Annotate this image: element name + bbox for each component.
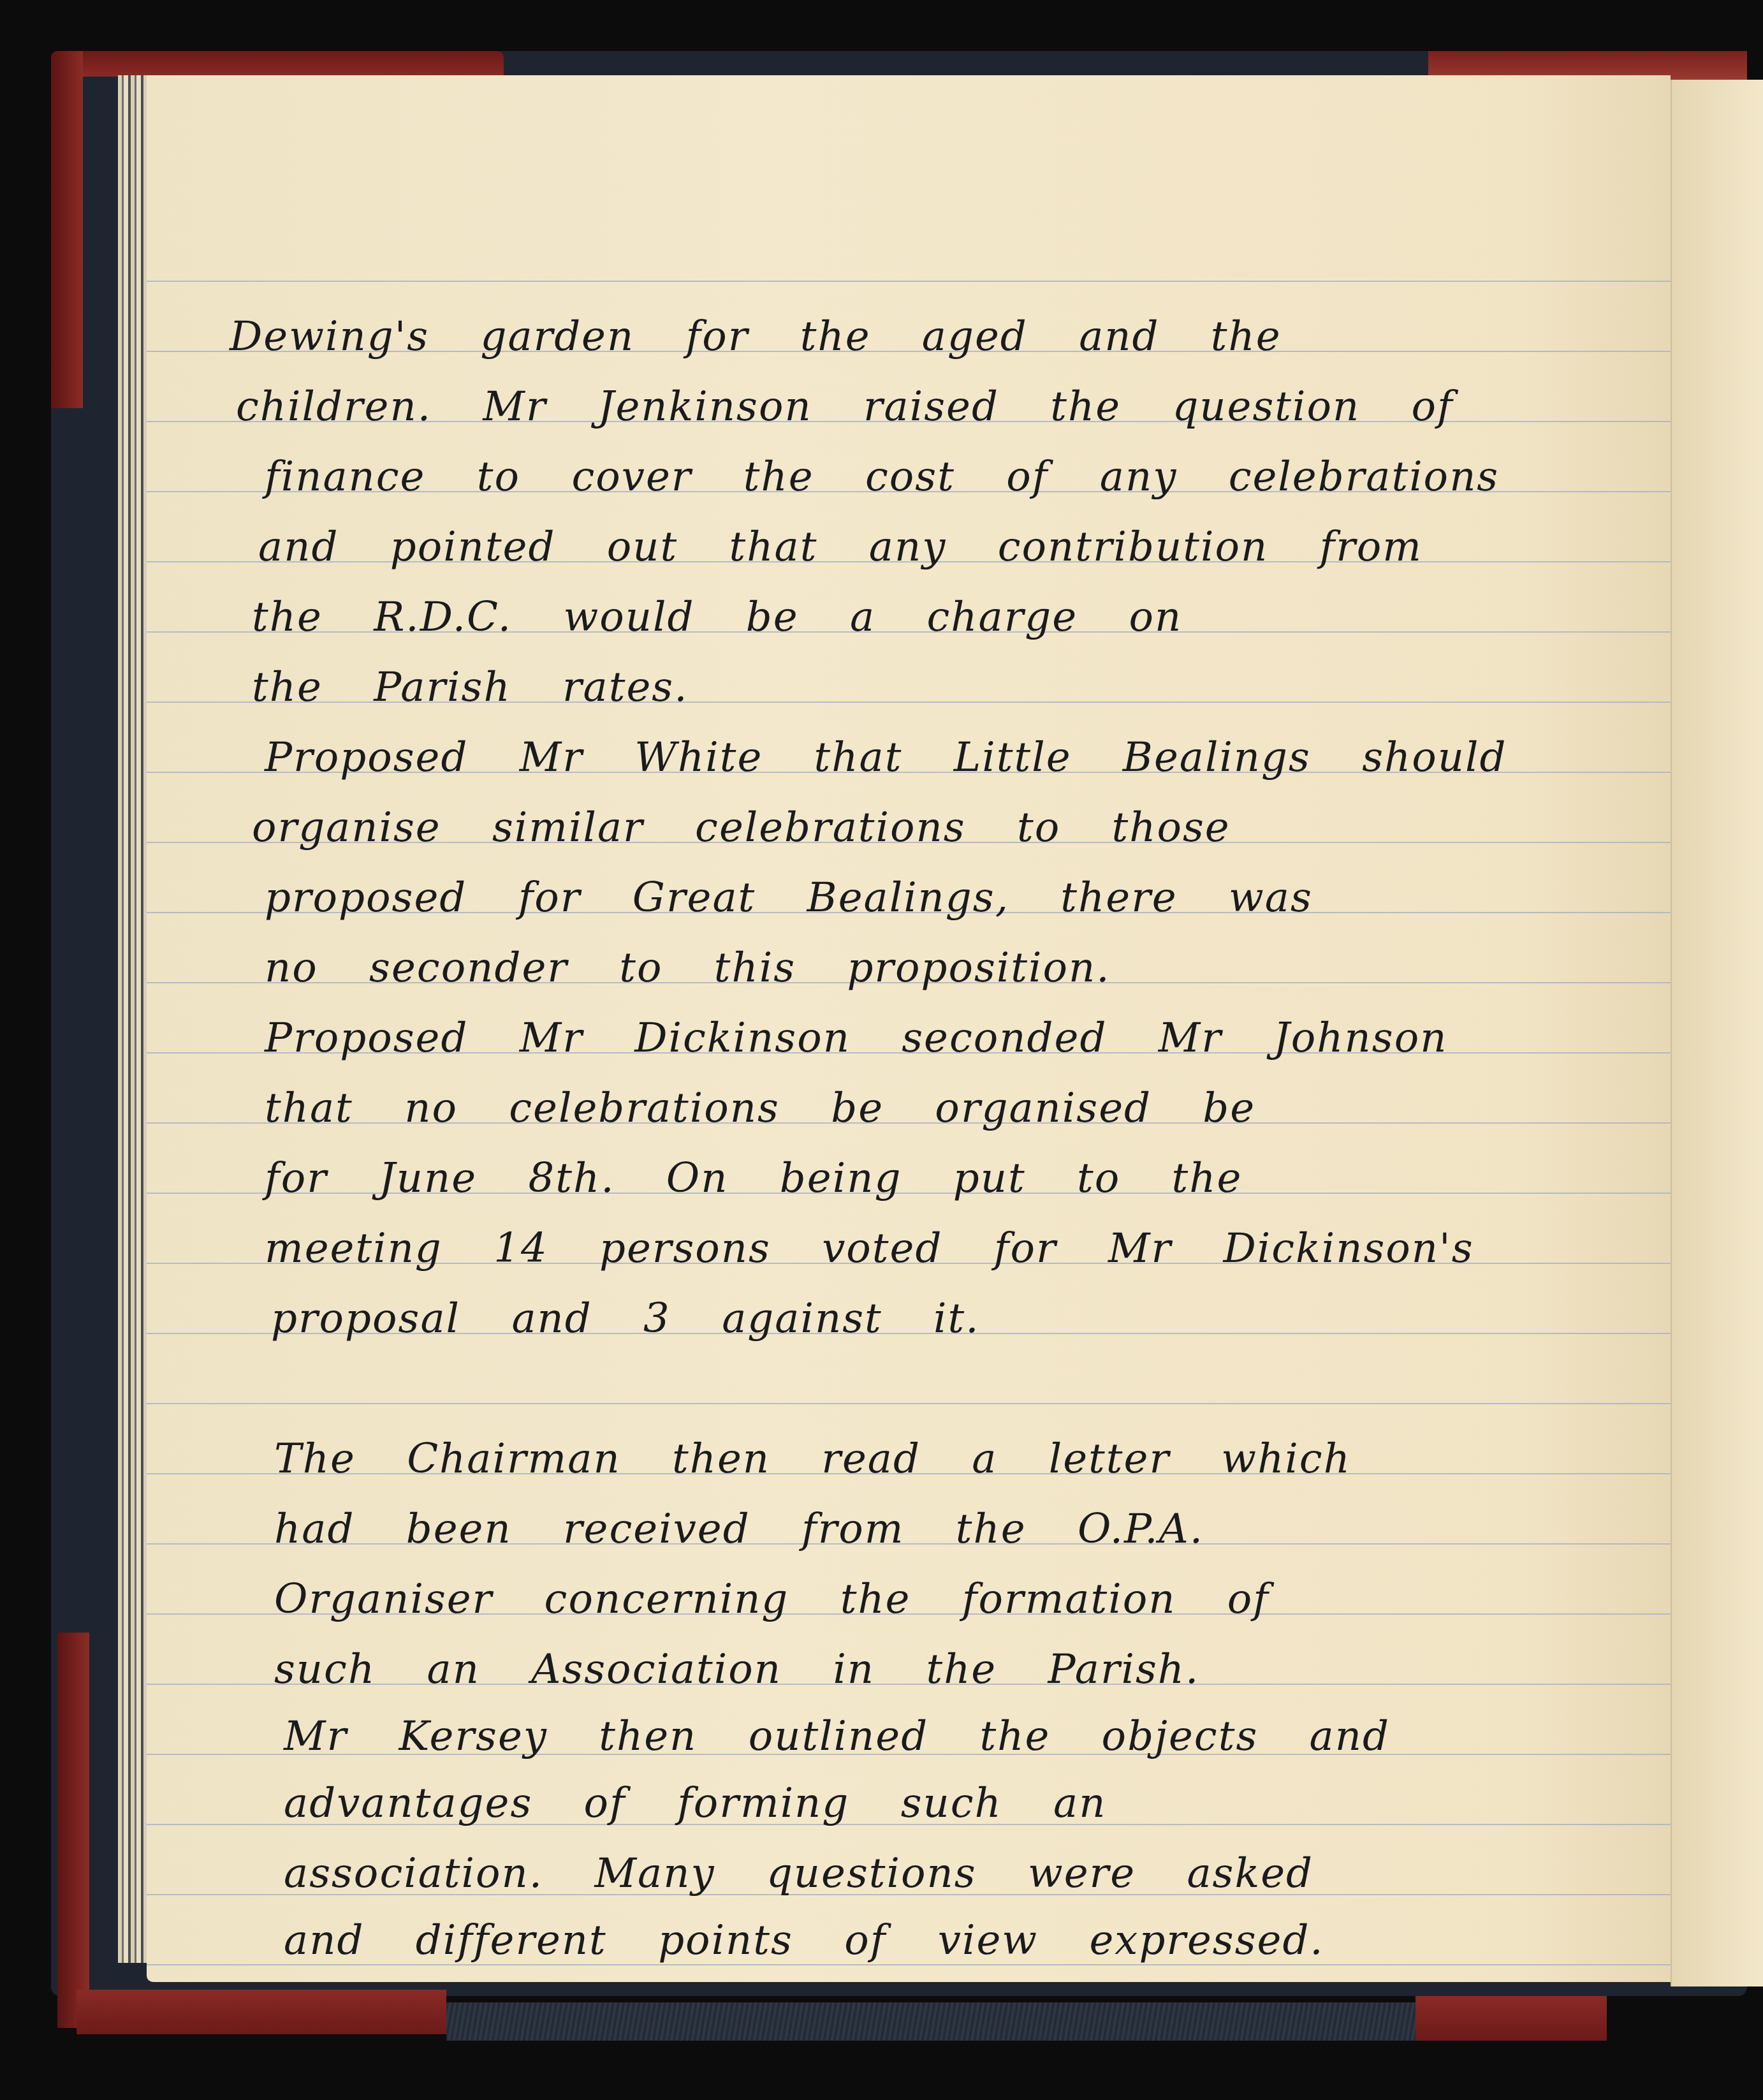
text-line: children. Mr Jenkinson raised the questi… [236,381,1671,432]
cloth-binding-bottom [446,2002,1416,2041]
leather-spine-top [51,51,83,408]
text-line: the Parish rates. [252,662,1686,713]
text-line: the R.D.C. would be a charge on [252,592,1686,643]
text-line: such an Association in the Parish. [274,1644,1709,1695]
text-line: and pointed out that any contribution fr… [258,522,1693,573]
facing-page-edge [1671,80,1763,1986]
text-line: had been received from the O.P.A. [274,1504,1709,1555]
text-line: Proposed Mr White that Little Bealings s… [265,732,1699,783]
text-line: Mr Kersey then outlined the objects and [284,1711,1718,1762]
text-line: advantages of forming such an [284,1778,1718,1829]
handwritten-minutes: Dewing's garden for the aged and the chi… [147,75,1671,1982]
text-line: proposed for Great Bealings, there was [265,872,1699,923]
text-line: meeting 14 persons voted for Mr Dickinso… [265,1223,1699,1274]
leather-corner-top-left [51,51,504,77]
text-line: that no celebrations be organised be [265,1083,1699,1134]
text-line: finance to cover the cost of any celebra… [265,452,1699,503]
notebook-page: Dewing's garden for the aged and the chi… [147,75,1671,1982]
text-line: and different points of view expressed. [284,1915,1718,1966]
leather-corner-bottom-right [1416,1996,1607,2041]
text-line: Organiser concerning the formation of [274,1574,1709,1625]
text-line: Dewing's garden for the aged and the [230,311,1664,362]
leather-spine-bottom [57,1633,89,2028]
text-line: no seconder to this proposition. [265,943,1699,994]
text-line: for June 8th. On being put to the [265,1153,1699,1204]
text-line: proposal and 3 against it. [271,1293,1706,1344]
text-line: Proposed Mr Dickinson seconded Mr Johnso… [265,1013,1699,1064]
leather-corner-bottom-left [77,1990,446,2034]
text-line: The Chairman then read a letter which [274,1434,1709,1485]
text-line: association. Many questions were asked [284,1848,1718,1899]
page-edges [118,75,147,1963]
text-line: organise similar celebrations to those [252,802,1686,853]
